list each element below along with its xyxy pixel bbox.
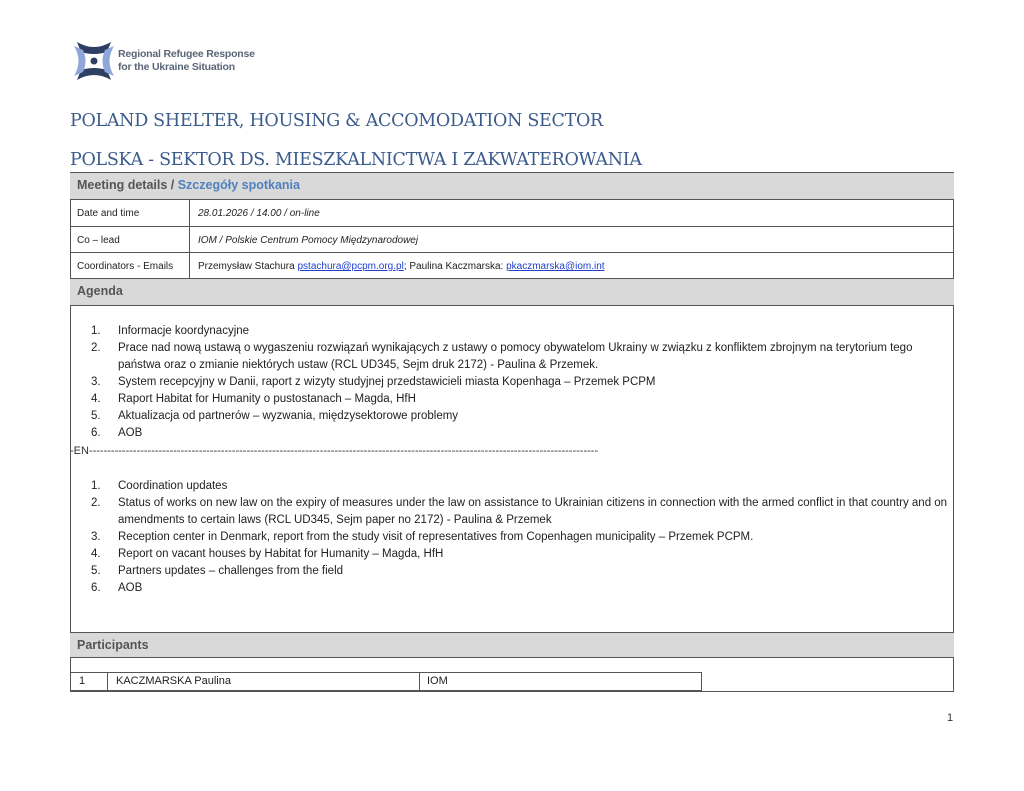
agenda-heading: Agenda: [70, 278, 954, 305]
agenda-item: 6.AOB: [70, 425, 954, 442]
item-number: 6.: [91, 580, 101, 597]
coordinators-value: Przemysław Stachura pstachura@pcpm.org.p…: [198, 261, 605, 272]
item-number: 1.: [91, 323, 101, 340]
participant-number: 1: [79, 675, 85, 687]
document-title-en: POLAND SHELTER, HOUSING & ACCOMODATION S…: [70, 111, 603, 131]
meeting-details-heading: Meeting details / Szczegóły spotkania: [70, 172, 954, 199]
logo-line-2: for the Ukraine Situation: [118, 61, 255, 74]
coordinators-label: Coordinators - Emails: [77, 261, 173, 272]
agenda-item: 2.Status of works on new law on the expi…: [70, 495, 954, 529]
logo-line-1: Regional Refugee Response: [118, 48, 255, 61]
divider: [70, 305, 954, 306]
item-number: 3.: [91, 529, 101, 546]
item-text: Aktualizacja od partnerów – wyzwania, mi…: [118, 410, 458, 422]
co-lead-row: Co – lead IOM / Polskie Centrum Pomocy M…: [70, 226, 954, 252]
item-number: 5.: [91, 563, 101, 580]
logo-text: Regional Refugee Response for the Ukrain…: [118, 48, 255, 74]
item-text: System recepcyjny w Danii, raport z wizy…: [118, 376, 656, 388]
item-number: 3.: [91, 374, 101, 391]
document-title-pl: POLSKA - SEKTOR DS. MIESZKALNICTWA I ZAK…: [70, 150, 642, 170]
item-number: 4.: [91, 391, 101, 408]
coordinator-name-2: ; Paulina Kaczmarska:: [404, 261, 506, 272]
agenda-item: 4.Report on vacant houses by Habitat for…: [70, 546, 954, 563]
column-divider: [107, 673, 108, 690]
page-number: 1: [947, 712, 953, 724]
item-number: 6.: [91, 425, 101, 442]
participant-name: KACZMARSKA Paulina: [116, 675, 231, 687]
item-text: Status of works on new law on the expiry…: [118, 497, 947, 526]
participants-table-row: 1 KACZMARSKA Paulina IOM: [70, 672, 702, 691]
item-text: Informacje koordynacyjne: [118, 325, 249, 337]
item-text: Prace nad nową ustawą o wygaszeniu rozwi…: [118, 342, 912, 371]
agenda-item: 1.Informacje koordynacyjne: [70, 323, 954, 340]
coordinator-name-1: Przemysław Stachura: [198, 261, 297, 272]
unhcr-rrp-x-icon: [73, 40, 115, 82]
email-link-pkaczmarska[interactable]: pkaczmarska@iom.int: [506, 261, 605, 272]
agenda-item: 5.Partners updates – challenges from the…: [70, 563, 954, 580]
agenda-item: 5.Aktualizacja od partnerów – wyzwania, …: [70, 408, 954, 425]
date-time-label: Date and time: [77, 208, 139, 219]
item-text: Reception center in Denmark, report from…: [118, 531, 753, 543]
item-number: 2.: [91, 340, 101, 357]
meeting-details-label: Meeting details /: [77, 178, 178, 192]
divider: [70, 657, 954, 658]
agenda-list-pl: 1.Informacje koordynacyjne 2.Prace nad n…: [70, 323, 954, 442]
coordinators-row: Coordinators - Emails Przemysław Stachur…: [70, 252, 954, 278]
date-time-value: 28.01.2026 / 14.00 / on-line: [198, 208, 320, 219]
agenda-item: 2.Prace nad nową ustawą o wygaszeniu roz…: [70, 340, 954, 374]
item-text: Report on vacant houses by Habitat for H…: [118, 548, 443, 560]
item-text: Partners updates – challenges from the f…: [118, 565, 343, 577]
item-number: 5.: [91, 408, 101, 425]
item-text: Raport Habitat for Humanity o pustostana…: [118, 393, 416, 405]
column-divider: [189, 200, 190, 226]
item-text: AOB: [118, 582, 142, 594]
item-text: Coordination updates: [118, 480, 227, 492]
en-separator: -EN-------------------------------------…: [70, 445, 598, 457]
email-link-pstachura[interactable]: pstachura@pcpm.org.pl: [297, 261, 403, 272]
participant-organization: IOM: [427, 675, 448, 687]
item-number: 4.: [91, 546, 101, 563]
column-divider: [419, 673, 420, 690]
meeting-details-label-pl: Szczegóły spotkania: [178, 178, 300, 192]
column-divider: [189, 227, 190, 252]
date-time-row: Date and time 28.01.2026 / 14.00 / on-li…: [70, 199, 954, 226]
participants-label: Participants: [77, 638, 149, 652]
co-lead-label: Co – lead: [77, 235, 120, 246]
item-number: 1.: [91, 478, 101, 495]
column-divider: [189, 253, 190, 278]
agenda-item: 4.Raport Habitat for Humanity o pustosta…: [70, 391, 954, 408]
agenda-label: Agenda: [77, 284, 123, 298]
logo: Regional Refugee Response for the Ukrain…: [73, 40, 273, 82]
agenda-list-en: 1.Coordination updates 2.Status of works…: [70, 478, 954, 597]
agenda-item: 3.System recepcyjny w Danii, raport z wi…: [70, 374, 954, 391]
agenda-item: 6.AOB: [70, 580, 954, 597]
co-lead-value: IOM / Polskie Centrum Pomocy Międzynarod…: [198, 235, 418, 246]
agenda-item: 3.Reception center in Denmark, report fr…: [70, 529, 954, 546]
item-number: 2.: [91, 495, 101, 512]
participants-heading: Participants: [70, 632, 954, 657]
item-text: AOB: [118, 427, 142, 439]
agenda-item: 1.Coordination updates: [70, 478, 954, 495]
